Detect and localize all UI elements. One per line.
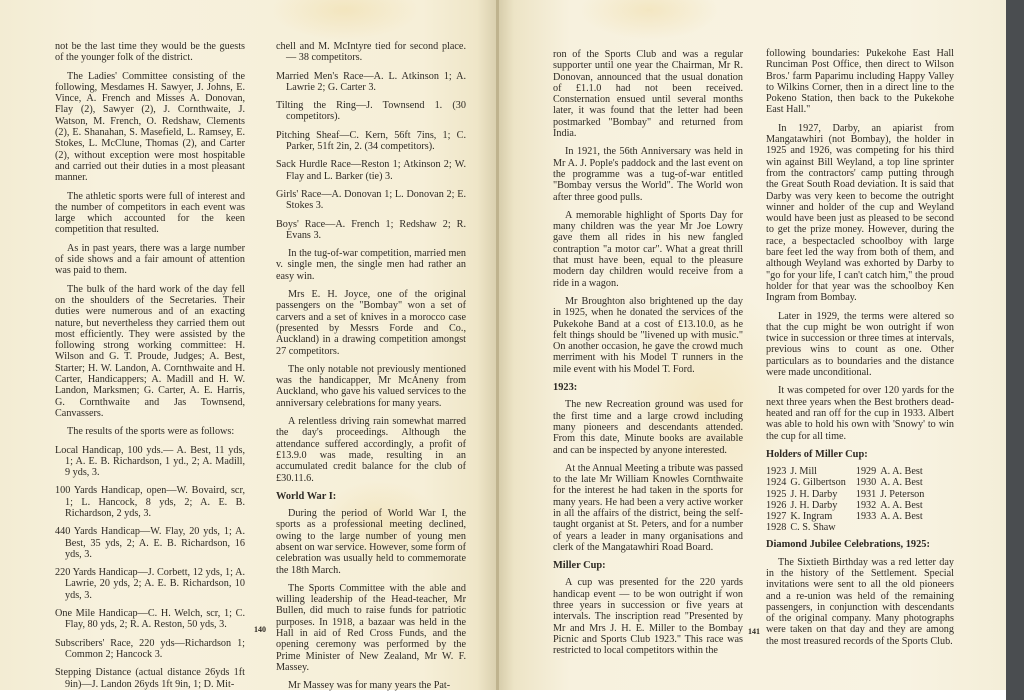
holder-year: 1925 xyxy=(766,489,790,500)
jubilee-heading: Diamond Jubilee Celebrations, 1925: xyxy=(766,539,954,550)
holder-name xyxy=(880,522,934,533)
scanner-edge xyxy=(1006,0,1024,700)
paragraph: Later in 1929, the terms were altered so… xyxy=(766,311,954,379)
paragraph: A cup was presented for the 220 yards ha… xyxy=(553,577,743,656)
holder-row: 1928C. S. Shaw xyxy=(766,522,934,533)
page-number-left: 140 xyxy=(254,625,266,634)
paragraph: A memorable highlight of Sports Day for … xyxy=(553,210,743,289)
paragraph: As in past years, there was a large numb… xyxy=(55,243,245,277)
left-column-1: not be the last time they would be the g… xyxy=(55,41,245,697)
holders-heading: Holders of Miller Cup: xyxy=(766,449,954,460)
paragraph: In 1927, Darby, an apiarist from Mangata… xyxy=(766,123,954,304)
result-entry: Local Handicap, 100 yds.— A. Best, 11 yd… xyxy=(55,445,245,479)
right-column-4: following boundaries: Pukekohe East Hall… xyxy=(766,48,954,654)
paragraph: A relentless driving rain somewhat marre… xyxy=(276,416,466,484)
holder-row: 1925J. H. Darby1931J. Peterson xyxy=(766,489,934,500)
paragraph: ron of the Sports Club and was a regular… xyxy=(553,49,743,139)
result-entry: Tilting the Ring—J. Townsend 1. (30 comp… xyxy=(276,100,466,123)
column-4-paragraphs: following boundaries: Pukekohe East Hall… xyxy=(766,48,954,442)
section-heading: Miller Cup: xyxy=(553,560,743,571)
holder-year: 1932 xyxy=(856,500,880,511)
book-spread: not be the last time they would be the g… xyxy=(0,0,1006,690)
right-page: ron of the Sports Club and was a regular… xyxy=(499,0,1006,690)
result-entry: Stepping Distance (actual distance 26yds… xyxy=(55,667,245,690)
left-page: not be the last time they would be the g… xyxy=(0,0,497,690)
result-entry: Sack Hurdle Race—Reston 1; Atkinson 2; W… xyxy=(276,159,466,182)
holder-year: 1927 xyxy=(766,511,790,522)
holder-name: J. Peterson xyxy=(880,489,934,500)
holder-name: J. Mill xyxy=(790,466,855,477)
paragraph: not be the last time they would be the g… xyxy=(55,41,245,64)
paragraph: The new Recreation ground was used for t… xyxy=(553,399,743,455)
holder-row: 1923J. Mill1929A. A. Best xyxy=(766,466,934,477)
jubilee-paragraph: The Sixtieth Birthday was a red letter d… xyxy=(766,557,954,647)
paper-stain xyxy=(270,0,420,40)
result-entry: chell and M. McIntyre tied for second pl… xyxy=(276,41,466,64)
holder-name: A. A. Best xyxy=(880,477,934,488)
holder-row: 1926J. H. Darby1932A. A. Best xyxy=(766,500,934,511)
result-entry: One Mile Handicap—C. H. Welch, scr, 1; C… xyxy=(55,608,245,631)
holder-row: 1924G. Gilbertson1930A. A. Best xyxy=(766,477,934,488)
paragraph: In the tug-of-war competition, married m… xyxy=(276,248,466,282)
result-entry: Married Men's Race—A. L. Atkinson 1; A. … xyxy=(276,71,466,94)
holder-name: A. A. Best xyxy=(880,500,934,511)
right-column-3: ron of the Sports Club and was a regular… xyxy=(553,49,743,664)
page-number-right: 141 xyxy=(748,627,760,636)
paragraph: During the period of World War I, the sp… xyxy=(276,508,466,576)
paper-stain xyxy=(579,0,719,40)
result-entry: Subscribers' Race, 220 yds—Richardson 1;… xyxy=(55,638,245,661)
holder-name: J. H. Darby xyxy=(790,500,855,511)
result-entry: Girls' Race—A. Donovan 1; L. Donovan 2; … xyxy=(276,189,466,212)
holder-name: A. A. Best xyxy=(880,466,934,477)
paragraph: Mr Massey was for many years the Pat- xyxy=(276,680,466,691)
paragraph: The Sports Committee with the able and w… xyxy=(276,583,466,673)
paragraph: The Ladies' Committee consisting of the … xyxy=(55,71,245,184)
holder-name: A. A. Best xyxy=(880,511,934,522)
paragraph: It was competed for over 120 yards for t… xyxy=(766,385,954,441)
holder-row: 1927K. Ingram1933A. A. Best xyxy=(766,511,934,522)
section-heading: 1923: xyxy=(553,382,743,393)
holder-year xyxy=(856,522,880,533)
holder-year: 1926 xyxy=(766,500,790,511)
result-entry: Boys' Race—A. French 1; Redshaw 2; R. Ev… xyxy=(276,219,466,242)
holder-name: J. H. Darby xyxy=(790,489,855,500)
holder-name: G. Gilbertson xyxy=(790,477,855,488)
paragraph: The athletic sports were full of interes… xyxy=(55,191,245,236)
paragraph: following boundaries: Pukekohe East Hall… xyxy=(766,48,954,116)
paragraph: In 1921, the 56th Anniversary was held i… xyxy=(553,146,743,202)
holders-table: 1923J. Mill1929A. A. Best1924G. Gilberts… xyxy=(766,466,934,533)
paragraph: The bulk of the hard work of the day fel… xyxy=(55,284,245,420)
holder-year: 1924 xyxy=(766,477,790,488)
holder-year: 1933 xyxy=(856,511,880,522)
result-entry: Pitching Sheaf—C. Kern, 56ft 7ins, 1; C.… xyxy=(276,130,466,153)
result-entry: 440 Yards Handicap—W. Flay, 20 yds, 1; A… xyxy=(55,526,245,560)
paragraph: The results of the sports were as follow… xyxy=(55,426,245,437)
section-heading: World War I: xyxy=(276,491,466,502)
holder-year: 1923 xyxy=(766,466,790,477)
paragraph: At the Annual Meeting a tribute was pass… xyxy=(553,463,743,553)
holder-year: 1931 xyxy=(856,489,880,500)
holder-year: 1928 xyxy=(766,522,790,533)
holder-year: 1929 xyxy=(856,466,880,477)
holder-name: K. Ingram xyxy=(790,511,855,522)
paragraph: The only notable not previously mentione… xyxy=(276,364,466,409)
paragraph: Mrs E. H. Joyce, one of the original pas… xyxy=(276,289,466,357)
paragraph: Mr Broughton also brightened up the day … xyxy=(553,296,743,375)
result-entry: 100 Yards Handicap, open—W. Bovaird, scr… xyxy=(55,485,245,519)
result-entry: 220 Yards Handicap—J. Corbett, 12 yds, 1… xyxy=(55,567,245,601)
holder-name: C. S. Shaw xyxy=(790,522,855,533)
left-column-2: chell and M. McIntyre tied for second pl… xyxy=(276,41,466,699)
holder-year: 1930 xyxy=(856,477,880,488)
